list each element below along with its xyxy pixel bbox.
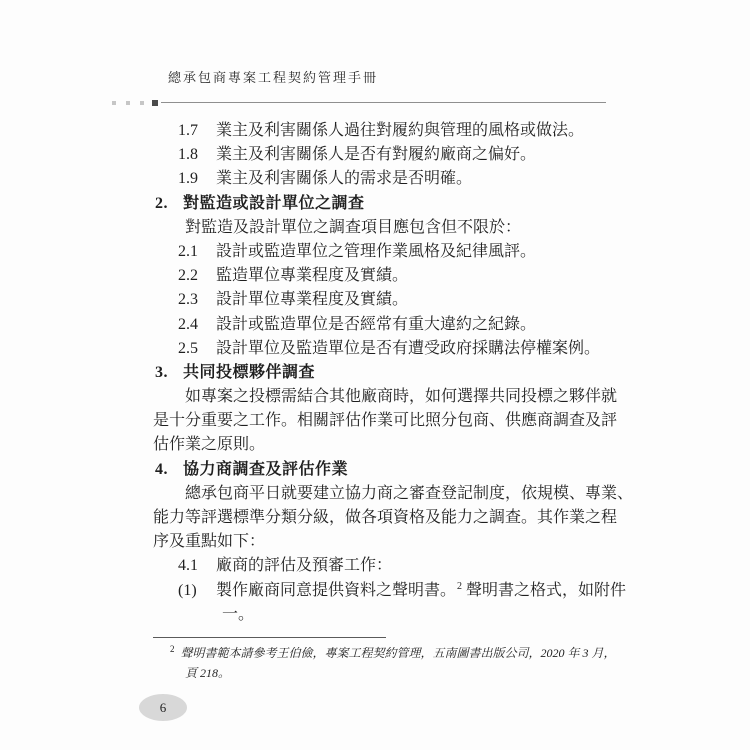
footnote-reference: 2 bbox=[457, 581, 462, 592]
paragraph-line: 如專案之投標需結合其他廠商時，如何選擇共同投標之夥伴就 bbox=[153, 385, 623, 409]
item-number: 1.8 bbox=[178, 143, 216, 167]
item-number: 2.4 bbox=[178, 313, 216, 337]
footnote-text: 聲明書範本請參考王伯儉，專案工程契約管理，五南圖書出版公司，2020 年 3 月… bbox=[181, 646, 616, 660]
header-ornament-square bbox=[152, 100, 158, 106]
item-number: 2.1 bbox=[178, 240, 216, 264]
document-page: 總承包商專案工程契約管理手冊 1.7業主及利害關係人過往對履約與管理的風格或做法… bbox=[0, 0, 750, 750]
footnote: 2聲明書範本請參考王伯儉，專案工程契約管理，五南圖書出版公司，2020 年 3 … bbox=[153, 643, 623, 683]
running-header-title: 總承包商專案工程契約管理手冊 bbox=[168, 67, 378, 86]
item-number: 1.9 bbox=[178, 167, 216, 191]
list-item: 2.3設計單位專業程度及實績。 bbox=[153, 288, 623, 312]
header-ornament-square bbox=[112, 101, 116, 105]
paragraph-line: 估作業之原則。 bbox=[153, 433, 623, 457]
item-number: 2.2 bbox=[178, 264, 216, 288]
item-text: 設計或監造單位是否經常有重大違約之紀錄。 bbox=[216, 316, 536, 333]
list-item: 2.2監造單位專業程度及實績。 bbox=[153, 264, 623, 288]
paragraph-line: 是十分重要之工作。相關評估作業可比照分包商、供應商調查及評 bbox=[153, 409, 623, 433]
paragraph-line: 序及重點如下： bbox=[153, 530, 623, 554]
list-item: 1.7業主及利害關係人過往對履約與管理的風格或做法。 bbox=[153, 119, 623, 143]
item-text: 業主及利害關係人是否有對履約廠商之偏好。 bbox=[216, 146, 536, 163]
section-number: 2. bbox=[155, 192, 183, 216]
item-text: 聲明書之格式，如附件 bbox=[466, 582, 626, 599]
section-heading: 4.協力商調查及評估作業 bbox=[153, 458, 623, 482]
paragraph-line: 能力等評選標準分類分級，做各項資格及能力之調查。其作業之程 bbox=[153, 506, 623, 530]
footnote-separator bbox=[153, 637, 386, 638]
footnote-marker: 2 bbox=[170, 644, 175, 654]
list-item: 1.8業主及利害關係人是否有對履約廠商之偏好。 bbox=[153, 143, 623, 167]
footnote-line: 頁 218。 bbox=[153, 663, 623, 683]
item-text: 廠商的評估及預審工作： bbox=[216, 557, 392, 574]
item-text: 業主及利害關係人的需求是否明確。 bbox=[216, 170, 472, 187]
item-text: 業主及利害關係人過往對履約與管理的風格或做法。 bbox=[216, 122, 584, 139]
header-ornament-square bbox=[126, 101, 130, 105]
section-number: 3. bbox=[155, 361, 183, 385]
item-number: 1.7 bbox=[178, 119, 216, 143]
page-number-badge: 6 bbox=[139, 694, 187, 721]
section-title: 共同投標夥伴調查 bbox=[183, 364, 315, 381]
page-number: 6 bbox=[160, 700, 167, 715]
item-number: 2.5 bbox=[178, 337, 216, 361]
paragraph-line: 一。 bbox=[153, 603, 623, 627]
body-text: 1.7業主及利害關係人過往對履約與管理的風格或做法。 1.8業主及利害關係人是否… bbox=[153, 119, 623, 627]
item-text: 設計單位及監造單位是否有遭受政府採購法停權案例。 bbox=[216, 340, 600, 357]
item-number: (1) bbox=[178, 579, 216, 603]
item-text: 設計或監造單位之管理作業風格及紀律風評。 bbox=[216, 243, 536, 260]
list-item: (1)製作廠商同意提供資料之聲明書。2聲明書之格式，如附件 bbox=[153, 579, 623, 603]
section-title: 對監造或設計單位之調查 bbox=[183, 195, 365, 212]
list-item: 2.1設計或監造單位之管理作業風格及紀律風評。 bbox=[153, 240, 623, 264]
list-item: 4.1廠商的評估及預審工作： bbox=[153, 554, 623, 578]
section-heading: 2.對監造或設計單位之調查 bbox=[153, 192, 623, 216]
item-number: 2.3 bbox=[178, 288, 216, 312]
paragraph-line: 總承包商平日就要建立協力商之審查登記制度，依規模、專業、 bbox=[153, 482, 623, 506]
paragraph-line: 對監造及設計單位之調查項目應包含但不限於： bbox=[153, 216, 623, 240]
section-title: 協力商調查及評估作業 bbox=[183, 461, 348, 478]
header-ornament-square bbox=[140, 101, 144, 105]
list-item: 1.9業主及利害關係人的需求是否明確。 bbox=[153, 167, 623, 191]
item-text: 製作廠商同意提供資料之聲明書。 bbox=[216, 582, 456, 599]
item-text: 設計單位專業程度及實績。 bbox=[216, 291, 408, 308]
list-item: 2.4設計或監造單位是否經常有重大違約之紀錄。 bbox=[153, 313, 623, 337]
item-text: 監造單位專業程度及實績。 bbox=[216, 267, 408, 284]
section-heading: 3.共同投標夥伴調查 bbox=[153, 361, 623, 385]
header-rule bbox=[161, 102, 606, 103]
list-item: 2.5設計單位及監造單位是否有遭受政府採購法停權案例。 bbox=[153, 337, 623, 361]
section-number: 4. bbox=[155, 458, 183, 482]
footnote-line: 2聲明書範本請參考王伯儉，專案工程契約管理，五南圖書出版公司，2020 年 3 … bbox=[153, 643, 623, 663]
item-number: 4.1 bbox=[178, 554, 216, 578]
